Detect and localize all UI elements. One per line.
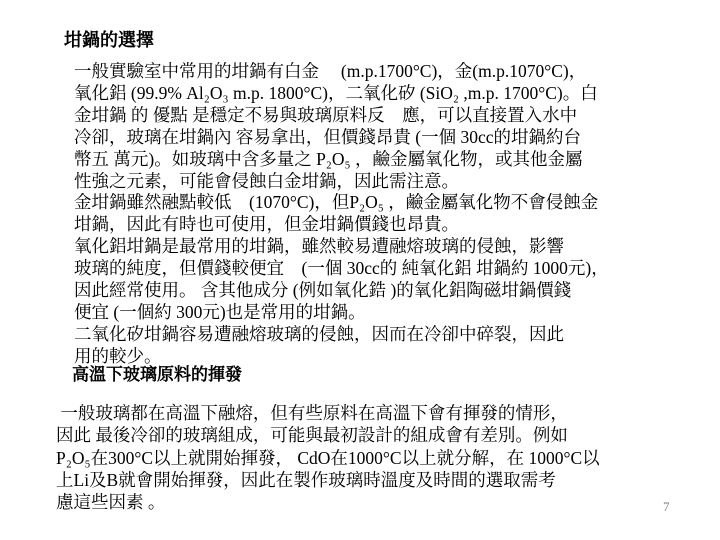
- text-line: 玻璃的純度，但價錢較便宜 (一個 30cc的 純氧化鋁 坩鍋約 1000元)，: [74, 258, 609, 280]
- text-line: 金坩鍋雖然融點較低 (1070°C)，但P₂O₅ ，鹼金屬氧化物不會侵蝕金: [74, 192, 609, 214]
- text-line: 上Li及B就會開始揮發，因此在製作玻璃時溫度及時間的選取需考: [56, 469, 600, 491]
- paragraph-volatilization: 一般玻璃都在高溫下融熔，但有些原料在高溫下會有揮發的情形， 因此 最後冷卻的玻璃…: [56, 402, 600, 513]
- text-line: 慮這些因素 。: [56, 491, 600, 513]
- text-line: 一般實驗室中常用的坩鍋有白金 (m.p.1700°C)，金(m.p.1070°C…: [74, 61, 609, 83]
- text-line: P₂O₅在300°C以上就開始揮發， CdO在1000°C以上就分解，在 100…: [56, 447, 600, 469]
- text-line: 氧化鋁坩鍋是最常用的坩鍋，雖然較易遭融熔玻璃的侵蝕，影響: [74, 236, 609, 258]
- text-line: 二氧化矽坩鍋容易遭融熔玻璃的侵蝕，因而在冷卻中碎裂，因此: [74, 324, 609, 346]
- text-line: 氧化鋁 (99.9% Al₂O₃ m.p. 1800°C)，二氧化矽 (SiO₂…: [74, 83, 609, 105]
- paragraph-crucible-selection: 一般實驗室中常用的坩鍋有白金 (m.p.1700°C)，金(m.p.1070°C…: [74, 61, 609, 368]
- section-heading-volatilization: 高溫下玻璃原料的揮發: [72, 360, 242, 385]
- text-line: 性強之元素，可能會侵蝕白金坩鍋，因此需注意。: [74, 171, 609, 193]
- text-line: 金坩鍋 的 優點 是穩定不易與玻璃原料反 應，可以直接置入水中: [74, 105, 609, 127]
- text-line: 因此 最後冷卻的玻璃組成，可能與最初設計的組成會有差別。例如: [56, 424, 600, 446]
- text-line: 一般玻璃都在高溫下融熔，但有些原料在高溫下會有揮發的情形，: [56, 402, 600, 424]
- text-line: 冷卻，玻璃在坩鍋內 容易拿出，但價錢昂貴 (一個 30cc的坩鍋約台: [74, 127, 609, 149]
- text-line: 便宜 (一個約 300元)也是常用的坩鍋。: [74, 302, 609, 324]
- presentation-slide: 坩鍋的選擇 一般實驗室中常用的坩鍋有白金 (m.p.1700°C)，金(m.p.…: [0, 0, 720, 540]
- text-line: 幣五 萬元)。如玻璃中含多量之 P₂O₅ ，鹼金屬氧化物，或其他金屬: [74, 149, 609, 171]
- text-line: 坩鍋，因此有時也可使用，但金坩鍋價錢也昂貴。: [74, 214, 609, 236]
- text-line: 因此經常使用。 含其他成分 (例如氧化鋯 )的氧化鋁陶磁坩鍋價錢: [74, 280, 609, 302]
- slide-title: 坩鍋的選擇: [64, 26, 154, 52]
- page-number: 7: [663, 499, 670, 515]
